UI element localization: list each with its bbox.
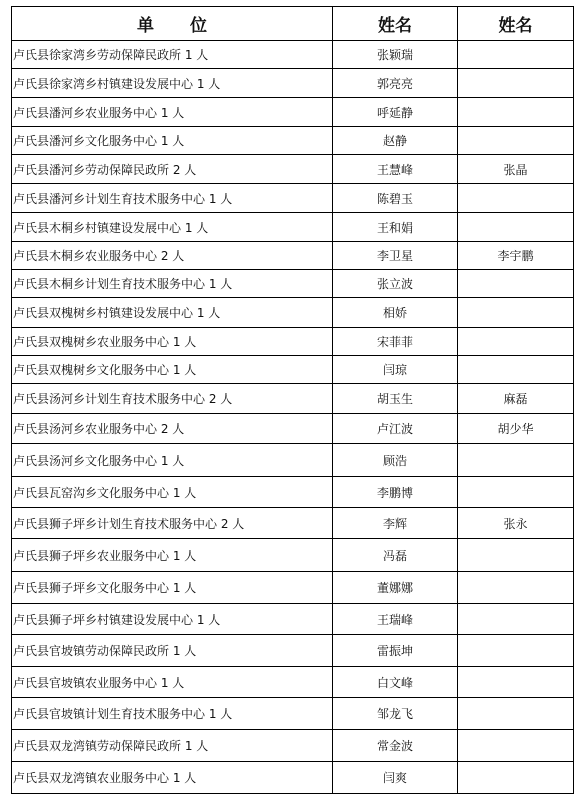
table-row: 卢氏县双槐树乡农业服务中心 1 人宋菲菲: [12, 328, 574, 356]
table-row: 卢氏县瓦窑沟乡文化服务中心 1 人李鹏博: [12, 477, 574, 508]
cell-name-1: 宋菲菲: [333, 328, 458, 356]
cell-unit: 卢氏县官坡镇计划生育技术服务中心 1 人: [12, 698, 333, 730]
cell-name-1: 呼延静: [333, 98, 458, 127]
cell-unit: 卢氏县双龙湾镇农业服务中心 1 人: [12, 762, 333, 794]
table-row: 卢氏县汤河乡计划生育技术服务中心 2 人胡玉生麻磊: [12, 384, 574, 414]
cell-unit: 卢氏县瓦窑沟乡文化服务中心 1 人: [12, 477, 333, 508]
table-row: 卢氏县官坡镇劳动保障民政所 1 人雷振坤: [12, 635, 574, 667]
cell-name-2: [458, 762, 574, 794]
table-row: 卢氏县汤河乡农业服务中心 2 人卢江波胡少华: [12, 414, 574, 444]
cell-unit: 卢氏县潘河乡文化服务中心 1 人: [12, 127, 333, 155]
cell-name-2: [458, 298, 574, 328]
cell-unit: 卢氏县双槐树乡文化服务中心 1 人: [12, 356, 333, 384]
cell-name-2: 胡少华: [458, 414, 574, 444]
cell-name-2: [458, 444, 574, 477]
table-row: 卢氏县木桐乡村镇建设发展中心 1 人王和娟: [12, 213, 574, 242]
header-unit-part1: 单: [137, 16, 154, 36]
cell-name-1: 白文峰: [333, 667, 458, 698]
header-unit-part2: 位: [190, 16, 207, 36]
cell-unit: 卢氏县双槐树乡村镇建设发展中心 1 人: [12, 298, 333, 328]
cell-unit: 卢氏县徐家湾乡村镇建设发展中心 1 人: [12, 69, 333, 98]
header-unit: 单位: [12, 7, 333, 41]
cell-name-1: 胡玉生: [333, 384, 458, 414]
cell-unit: 卢氏县木桐乡村镇建设发展中心 1 人: [12, 213, 333, 242]
cell-unit: 卢氏县汤河乡计划生育技术服务中心 2 人: [12, 384, 333, 414]
cell-unit: 卢氏县潘河乡劳动保障民政所 2 人: [12, 155, 333, 184]
header-name-1: 姓名: [333, 7, 458, 41]
table-row: 卢氏县木桐乡计划生育技术服务中心 1 人张立波: [12, 270, 574, 298]
cell-name-1: 赵静: [333, 127, 458, 155]
cell-name-1: 郭亮亮: [333, 69, 458, 98]
cell-unit: 卢氏县狮子坪乡计划生育技术服务中心 2 人: [12, 508, 333, 539]
cell-name-1: 董娜娜: [333, 572, 458, 604]
cell-unit: 卢氏县狮子坪乡村镇建设发展中心 1 人: [12, 604, 333, 635]
header-name-2: 姓名: [458, 7, 574, 41]
cell-name-2: [458, 184, 574, 213]
cell-name-2: [458, 667, 574, 698]
table-row: 卢氏县潘河乡农业服务中心 1 人呼延静: [12, 98, 574, 127]
cell-name-2: [458, 41, 574, 69]
personnel-table: 单位 姓名 姓名 卢氏县徐家湾乡劳动保障民政所 1 人张颖瑞卢氏县徐家湾乡村镇建…: [11, 6, 574, 794]
cell-name-1: 常金波: [333, 730, 458, 762]
cell-name-2: 张晶: [458, 155, 574, 184]
cell-name-1: 闫琼: [333, 356, 458, 384]
cell-name-2: [458, 270, 574, 298]
cell-name-1: 王瑞峰: [333, 604, 458, 635]
cell-name-1: 王慧峰: [333, 155, 458, 184]
cell-name-1: 冯磊: [333, 539, 458, 572]
table-row: 卢氏县徐家湾乡劳动保障民政所 1 人张颖瑞: [12, 41, 574, 69]
cell-name-2: [458, 604, 574, 635]
table-row: 卢氏县狮子坪乡农业服务中心 1 人冯磊: [12, 539, 574, 572]
table-body: 卢氏县徐家湾乡劳动保障民政所 1 人张颖瑞卢氏县徐家湾乡村镇建设发展中心 1 人…: [12, 41, 574, 794]
document-sheet: 单位 姓名 姓名 卢氏县徐家湾乡劳动保障民政所 1 人张颖瑞卢氏县徐家湾乡村镇建…: [11, 6, 573, 794]
cell-unit: 卢氏县官坡镇农业服务中心 1 人: [12, 667, 333, 698]
cell-name-2: [458, 356, 574, 384]
cell-name-1: 卢江波: [333, 414, 458, 444]
cell-unit: 卢氏县双槐树乡农业服务中心 1 人: [12, 328, 333, 356]
table-row: 卢氏县狮子坪乡计划生育技术服务中心 2 人李辉张永: [12, 508, 574, 539]
cell-unit: 卢氏县汤河乡农业服务中心 2 人: [12, 414, 333, 444]
cell-name-2: [458, 213, 574, 242]
cell-unit: 卢氏县徐家湾乡劳动保障民政所 1 人: [12, 41, 333, 69]
table-row: 卢氏县双槐树乡文化服务中心 1 人闫琼: [12, 356, 574, 384]
cell-unit: 卢氏县官坡镇劳动保障民政所 1 人: [12, 635, 333, 667]
cell-name-2: [458, 539, 574, 572]
table-row: 卢氏县木桐乡农业服务中心 2 人李卫星李宇鹏: [12, 242, 574, 270]
table-row: 卢氏县双龙湾镇劳动保障民政所 1 人常金波: [12, 730, 574, 762]
table-header-row: 单位 姓名 姓名: [12, 7, 574, 41]
cell-name-1: 李卫星: [333, 242, 458, 270]
cell-name-2: [458, 69, 574, 98]
table-row: 卢氏县狮子坪乡文化服务中心 1 人董娜娜: [12, 572, 574, 604]
cell-name-1: 李辉: [333, 508, 458, 539]
table-row: 卢氏县双龙湾镇农业服务中心 1 人闫爽: [12, 762, 574, 794]
cell-name-1: 陈碧玉: [333, 184, 458, 213]
cell-name-2: 张永: [458, 508, 574, 539]
cell-name-2: [458, 635, 574, 667]
cell-name-1: 李鹏博: [333, 477, 458, 508]
cell-name-2: [458, 127, 574, 155]
cell-name-2: 李宇鹏: [458, 242, 574, 270]
cell-name-2: [458, 328, 574, 356]
cell-name-1: 顾浩: [333, 444, 458, 477]
cell-name-2: 麻磊: [458, 384, 574, 414]
table-row: 卢氏县双槐树乡村镇建设发展中心 1 人相娇: [12, 298, 574, 328]
cell-name-1: 王和娟: [333, 213, 458, 242]
table-row: 卢氏县潘河乡文化服务中心 1 人赵静: [12, 127, 574, 155]
cell-name-1: 张立波: [333, 270, 458, 298]
table-row: 卢氏县汤河乡文化服务中心 1 人顾浩: [12, 444, 574, 477]
cell-name-1: 闫爽: [333, 762, 458, 794]
cell-name-1: 相娇: [333, 298, 458, 328]
cell-name-1: 邹龙飞: [333, 698, 458, 730]
table-row: 卢氏县潘河乡计划生育技术服务中心 1 人陈碧玉: [12, 184, 574, 213]
table-row: 卢氏县狮子坪乡村镇建设发展中心 1 人王瑞峰: [12, 604, 574, 635]
cell-unit: 卢氏县潘河乡计划生育技术服务中心 1 人: [12, 184, 333, 213]
cell-name-2: [458, 698, 574, 730]
cell-unit: 卢氏县双龙湾镇劳动保障民政所 1 人: [12, 730, 333, 762]
cell-unit: 卢氏县木桐乡农业服务中心 2 人: [12, 242, 333, 270]
cell-unit: 卢氏县狮子坪乡文化服务中心 1 人: [12, 572, 333, 604]
table-row: 卢氏县官坡镇计划生育技术服务中心 1 人邹龙飞: [12, 698, 574, 730]
cell-name-2: [458, 477, 574, 508]
table-row: 卢氏县官坡镇农业服务中心 1 人白文峰: [12, 667, 574, 698]
cell-name-1: 张颖瑞: [333, 41, 458, 69]
cell-name-2: [458, 98, 574, 127]
cell-unit: 卢氏县潘河乡农业服务中心 1 人: [12, 98, 333, 127]
table-row: 卢氏县徐家湾乡村镇建设发展中心 1 人郭亮亮: [12, 69, 574, 98]
cell-unit: 卢氏县狮子坪乡农业服务中心 1 人: [12, 539, 333, 572]
table-row: 卢氏县潘河乡劳动保障民政所 2 人王慧峰张晶: [12, 155, 574, 184]
cell-name-1: 雷振坤: [333, 635, 458, 667]
cell-name-2: [458, 572, 574, 604]
cell-unit: 卢氏县汤河乡文化服务中心 1 人: [12, 444, 333, 477]
cell-name-2: [458, 730, 574, 762]
cell-unit: 卢氏县木桐乡计划生育技术服务中心 1 人: [12, 270, 333, 298]
